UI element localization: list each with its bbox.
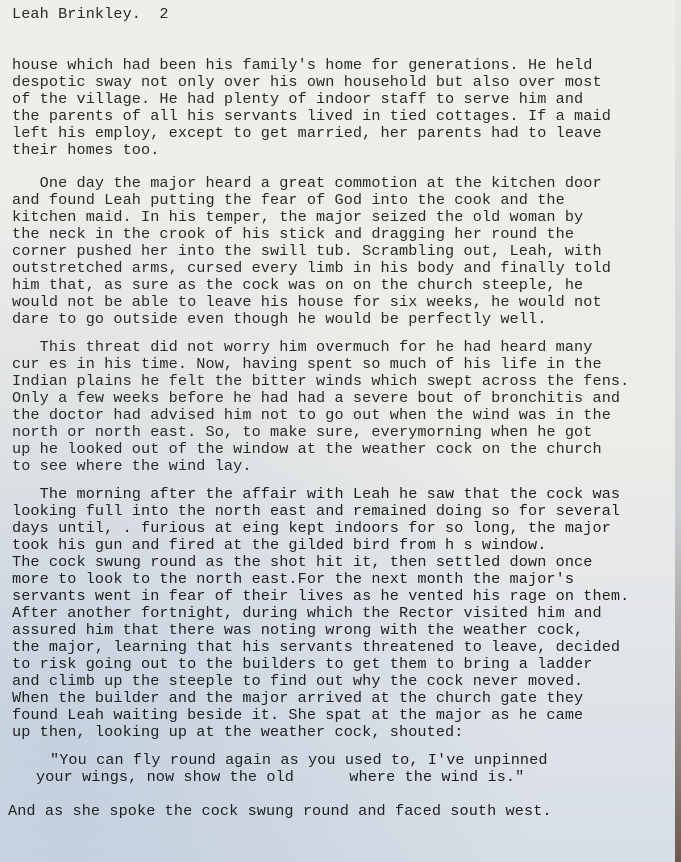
text-line: their homes too. [12, 142, 159, 159]
text-line: up he looked out of the window at the we… [12, 441, 602, 458]
text-line: and climb up the steeple to find out why… [12, 673, 583, 690]
text-line: servants went in fear of their lives as … [12, 588, 629, 605]
text-line: When the builder and the major arrived a… [12, 690, 583, 707]
text-line: despotic sway not only over his own hous… [12, 74, 602, 91]
page-edge [675, 0, 681, 862]
text-line: After another fortnight, during which th… [12, 605, 602, 622]
text-line: looking full into the north east and rem… [12, 503, 620, 520]
text-line: more to look to the north east.For the n… [12, 571, 574, 588]
text-line: days until, . furious at eing kept indoo… [12, 520, 611, 537]
text-line: to see where the wind lay. [12, 458, 252, 475]
text-line: of the village. He had plenty of indoor … [12, 91, 583, 108]
text-line: outstretched arms, cursed every limb in … [12, 260, 611, 277]
closing-line: And as she spoke the cock swung round an… [8, 803, 552, 820]
text-line: kitchen maid. In his temper, the major s… [12, 209, 583, 226]
text-line: Only a few weeks before he had had a sev… [12, 390, 620, 407]
text-line: cur es in his time. Now, having spent so… [12, 356, 602, 373]
text-line: house which had been his family's home f… [12, 57, 592, 74]
text-line: The cock swung round as the shot hit it,… [12, 554, 592, 571]
text-line: took his gun and fired at the gilded bir… [12, 537, 546, 554]
text-line: the neck in the crook of his stick and d… [12, 226, 574, 243]
text-line: the parents of all his servants lived in… [12, 108, 611, 125]
text-line: north or north east. So, to make sure, e… [12, 424, 592, 441]
text-line: the major, learning that his servants th… [12, 639, 620, 656]
page-header: Leah Brinkley. 2 [12, 6, 169, 23]
text-line: to risk going out to the builders to get… [12, 656, 592, 673]
text-line: left his employ, except to get married, … [12, 125, 602, 142]
text-line: and found Leah putting the fear of God i… [12, 192, 565, 209]
text-line: him that, as sure as the cock was on on … [12, 277, 583, 294]
text-line: One day the major heard a great commotio… [12, 175, 602, 192]
text-line: up then, looking up at the weather cock,… [12, 724, 464, 741]
quote-line: "You can fly round again as you used to,… [50, 752, 548, 769]
quote-line: your wings, now show the old where the w… [36, 769, 524, 786]
text-line: corner pushed her into the swill tub. Sc… [12, 243, 602, 260]
text-line: found Leah waiting beside it. She spat a… [12, 707, 583, 724]
text-line: the doctor had advised him not to go out… [12, 407, 611, 424]
text-line: This threat did not worry him overmuch f… [12, 339, 592, 356]
text-line: dare to go outside even though he would … [12, 311, 546, 328]
text-line: would not be able to leave his house for… [12, 294, 602, 311]
text-line: The morning after the affair with Leah h… [12, 486, 620, 503]
typewritten-page: Leah Brinkley. 2 house which had been hi… [0, 0, 675, 862]
text-line: Indian plains he felt the bitter winds w… [12, 373, 629, 390]
text-line: assured him that there was noting wrong … [12, 622, 583, 639]
